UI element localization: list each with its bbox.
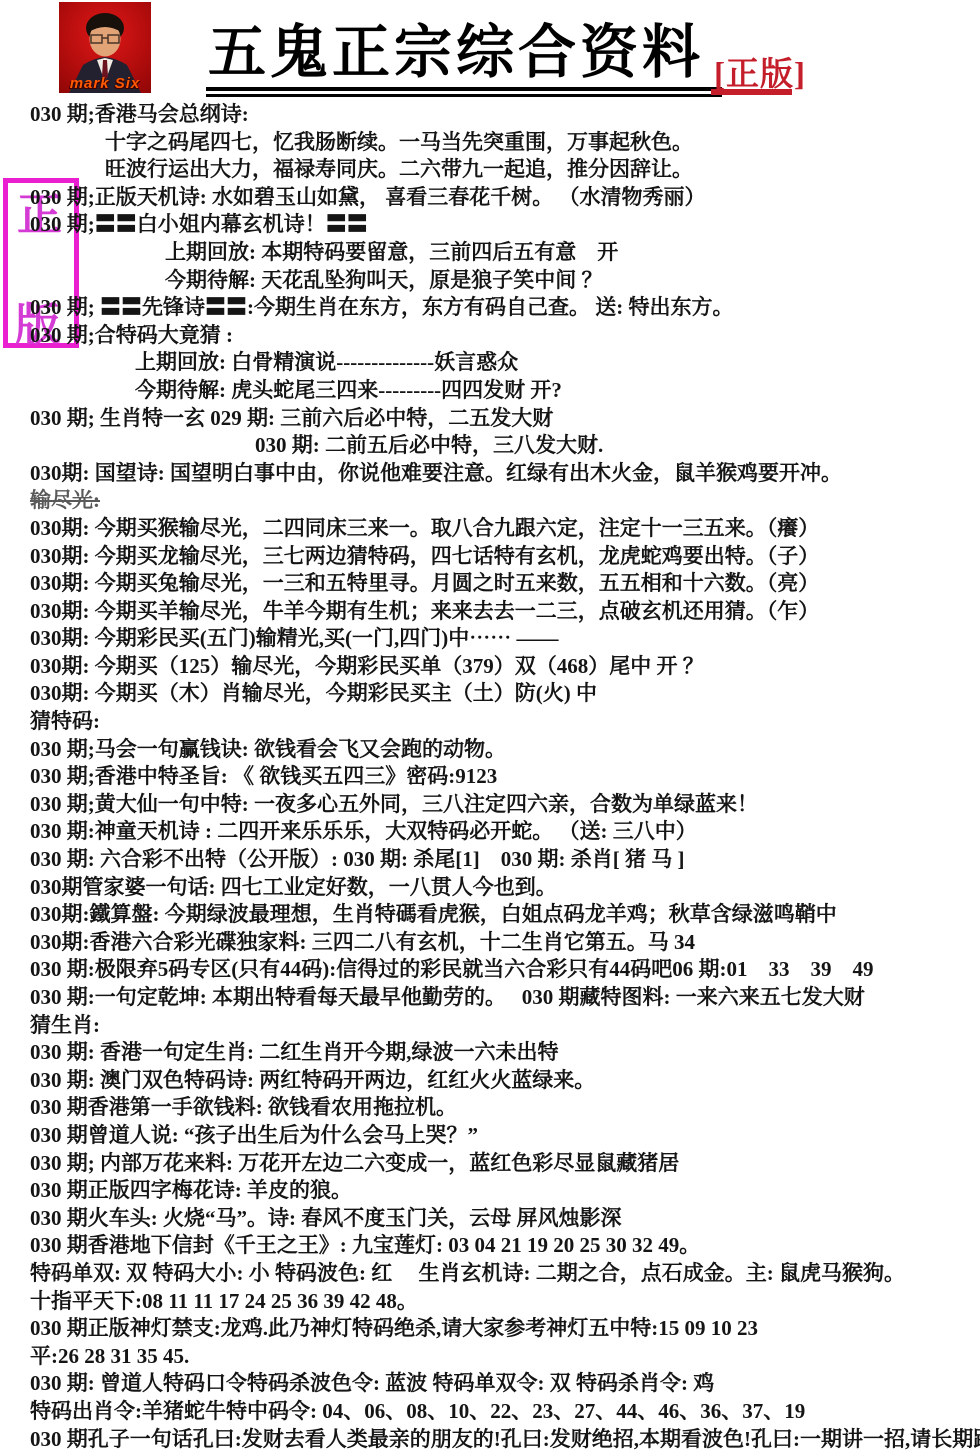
- document-body: 030 期;香港马会总纲诗: 十字之码尾四七，忆我肠断续。一马当先突重围，万事起…: [0, 101, 980, 1453]
- content-line: 030 期:神童天机诗 : 二四开来乐乐乐，大双特码必开蛇。 （送: 三八中）: [0, 818, 980, 846]
- content-line: 十指平天下:08 11 11 17 24 25 36 39 42 48。: [0, 1288, 980, 1316]
- content-line: 030期: 今期买（125）输尽光，今期彩民买单（379）双（468）尾中 开 …: [0, 653, 980, 681]
- content-line: 030期:鐵算盤: 今期绿波最理想，生肖特碼看虎猴，白姐点码龙羊鸡；秋草含绿滋鸣…: [0, 901, 980, 929]
- content-line: 030 期火车头: 火烧“马”。诗: 春风不度玉门关，云母 屏风烛影深: [0, 1205, 980, 1233]
- content-line: 030 期;香港中特圣旨: 《 欲钱买五四三》密码:9123: [0, 763, 980, 791]
- content-line: 030 期; 生肖特一玄 029 期: 三前六后必中特，二五发大财: [0, 405, 980, 433]
- content-line: 上期回放: 本期特码要留意，三前四后五有意 开: [0, 239, 980, 267]
- content-line: 特码出肖令:羊猪蛇牛特中码令: 04、06、08、10、22、23、27、44、…: [0, 1398, 980, 1426]
- section-header: 猜生肖:: [0, 1012, 980, 1040]
- content-line: 030 期; 〓〓先锋诗〓〓:今期生肖在东方，东方有码自己查。 送: 特出东方。: [0, 294, 980, 322]
- content-line: 030 期正版神灯禁支:龙鸡.此乃神灯特码绝杀,请大家参考神灯五中特:15 09…: [0, 1315, 980, 1343]
- content-line: 特码单双: 双 特码大小: 小 特码波色: 红 生肖玄机诗: 二期之合，点石成金…: [0, 1260, 980, 1288]
- content-line: 030 期;正版天机诗: 水如碧玉山如黛， 喜看三春花千树。 （水清物秀丽）: [0, 184, 980, 212]
- content-line: 今期待解: 天花乱坠狗叫天，原是狼子笑中间 ？: [0, 267, 980, 295]
- content-line: 030期: 今期买羊输尽光，牛羊今期有生机；来来去去一二三，点破玄机还用猜。（乍…: [0, 598, 980, 626]
- content-line: 030期: 今期买猴输尽光，二四同床三来一。取八合九跟六定，注定十一三五来。（癢…: [0, 515, 980, 543]
- content-line: 030期: 今期买（木）肖输尽光，今期彩民买主（土）防(火) 中: [0, 680, 980, 708]
- content-line: 上期回放: 白骨精演说--------------妖言惑众: [0, 349, 980, 377]
- content-line: 030期:香港六合彩光碟独家料: 三四二八有玄机，十二生肖它第五。马 34: [0, 929, 980, 957]
- content-line: 030期: 今期彩民买(五门)输精光,买(一门,四门)中⋯⋯ ——: [0, 625, 980, 653]
- content-line: 030 期;合特码大竟猜 :: [0, 322, 980, 350]
- content-line: 030期: 今期买兔输尽光，一三和五特里寻。月圆之时五来数，五五相和十六数。（亮…: [0, 570, 980, 598]
- content-line: 旺波行运出大力，福禄寿同庆。二六带九一起追，推分因辞让。: [0, 156, 980, 184]
- content-line: 030期管家婆一句话: 四七工业定好数，一八贯人今也到。: [0, 874, 980, 902]
- content-line: 030 期曾道人说: “孩子出生后为什么会马上哭？”: [0, 1122, 980, 1150]
- content-line: 030 期;黄大仙一句中特: 一夜多心五外同，三八注定四六亲，合数为单绿蓝来！: [0, 791, 980, 819]
- content-line: 十字之码尾四七，忆我肠断续。一马当先突重围，万事起秋色。: [0, 129, 980, 157]
- portrait-photo: mark Six: [59, 2, 151, 93]
- content-line: 030 期;〓〓白小姐内幕玄机诗！〓〓: [0, 211, 980, 239]
- badge-underline: [711, 89, 792, 95]
- content-line: 030 期:一句定乾坤: 本期出特看每天最早他勤劳的。 030 期藏特图料: 一…: [0, 984, 980, 1012]
- content-line: 030 期: 曾道人特码口令特码杀波色令: 蓝波 特码单双令: 双 特码杀肖令:…: [0, 1370, 980, 1398]
- content-line: 030 期;香港马会总纲诗:: [0, 101, 980, 129]
- content-line: 030 期; 内部万花来料: 万花开左边二六变成一，蓝红色彩尽显鼠藏猪居: [0, 1150, 980, 1178]
- content-line: 030 期: 香港一句定生肖: 二红生肖开今期,绿波一六未出特: [0, 1039, 980, 1067]
- content-line: 030 期香港第一手欲钱料: 欲钱看农用拖拉机。: [0, 1094, 980, 1122]
- content-line: 030 期: 二前五后必中特，三八发大财.: [0, 432, 980, 460]
- content-line: 030 期正版四字梅花诗: 羊皮的狼。: [0, 1177, 980, 1205]
- content-line: 030期: 今期买龙输尽光，三七两边猜特码，四七话特有玄机，龙虎蛇鸡要出特。（子…: [0, 543, 980, 571]
- title-underline: [206, 94, 722, 97]
- page-header: mark Six 五鬼正宗综合资料 [正版]: [0, 0, 980, 100]
- section-header: 猜特码:: [0, 708, 980, 736]
- content-line: 030 期: 六合彩不出特（公开版）: 030 期: 杀尾[1] 030 期: …: [0, 846, 980, 874]
- photo-caption: mark Six: [59, 75, 151, 92]
- page-title: 五鬼正宗综合资料: [208, 22, 728, 84]
- content-line: 030 期孔子一句话孔曰:发财去看人类最亲的朋友的!孔曰:发财绝招,本期看波色!…: [0, 1426, 980, 1454]
- content-line-struck: 输尽光:: [0, 487, 980, 515]
- content-line: 030 期香港地下信封《千王之王》: 九宝莲灯: 03 04 21 19 20 …: [0, 1232, 980, 1260]
- content-line: 030期: 国望诗: 国望明白事中由，你说他难要注意。红绿有出木火金，鼠羊猴鸡要…: [0, 460, 980, 488]
- content-line: 030 期;马会一句赢钱诀: 欲钱看会飞又会跑的动物。: [0, 736, 980, 764]
- content-line: 今期待解: 虎头蛇尾三四来---------四四发财 开?: [0, 377, 980, 405]
- content-line: 030 期: 澳门双色特码诗: 两红特码开两边，红红火火蓝绿来。: [0, 1067, 980, 1095]
- title-underline: [206, 87, 722, 91]
- edition-badge: [正版]: [714, 48, 806, 95]
- content-line: 平:26 28 31 35 45.: [0, 1343, 980, 1371]
- content-line: 030 期:极限弃5码专区(只有44码):信得过的彩民就当六合彩只有44码吧06…: [0, 956, 980, 984]
